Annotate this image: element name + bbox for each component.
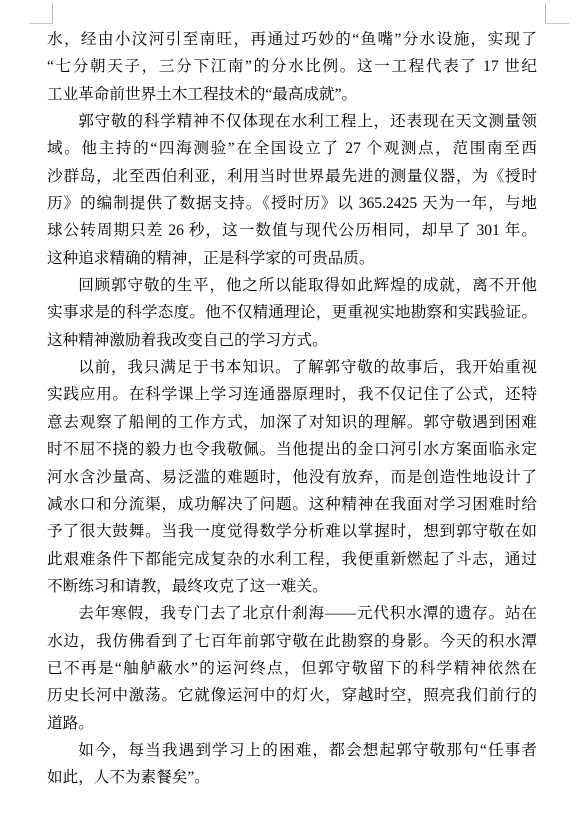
text-line: 意去观察了船闸的工作方式，加深了对知识的理解。郭守敬遇到困难 [47,409,537,436]
text-line: 实践应用。在科学课上学习连通器原理时，我不仅记住了公式，还特 [47,381,537,408]
text-line: 予了很大鼓舞。当我一度觉得数学分析难以掌握时，想到郭守敬在如 [47,518,537,545]
text-line: 去年寒假，我专门去了北京什刹海——元代积水潭的遗存。站在 [47,600,537,627]
text-line: 郭守敬的科学精神不仅体现在水利工程上，还表现在天文测量领 [47,108,537,135]
text-line: 历》的编制提供了数据支持。《授时历》以 365.2425 天为一年，与地 [47,190,537,217]
text-line: 水，经由小汶河引至南旺，再通过巧妙的“鱼嘴”分水设施，实现了 [47,26,537,53]
text-line: 减水口和分流渠，成功解决了问题。这种精神在我面对学习困难时给 [47,491,537,518]
text-line: 不断练习和请教，最终攻克了这一难关。 [47,573,537,600]
text-line: “七分朝天子，三分下江南”的分水比例。这一工程代表了 17 世纪 [47,53,537,80]
text-line: 如此，人不为素餐矣”。 [47,764,537,791]
text-line: 回顾郭守敬的生平，他之所以能取得如此辉煌的成就，离不开他 [47,272,537,299]
text-line: 工业革命前世界土木工程技术的“最高成就”。 [47,81,537,108]
document-body: 水，经由小汶河引至南旺，再通过巧妙的“鱼嘴”分水设施，实现了 “七分朝天子，三分… [47,26,537,792]
text-line: 这种精神激励着我改变自己的学习方式。 [47,327,537,354]
text-line: 已不再是“舳舻蔽水”的运河终点，但郭守敬留下的科学精神依然在 [47,655,537,682]
text-line: 此艰难条件下都能完成复杂的水利工程，我便重新燃起了斗志，通过 [47,546,537,573]
text-line: 如今，每当我遇到学习上的困难，都会想起郭守敬那句“任事者 [47,737,537,764]
text-boundary-mark-top-left [29,3,53,24]
text-boundary-mark-top-right [545,3,569,24]
text-line: 域。他主持的“四海测验”在全国设立了 27 个观测点，范围南至西 [47,135,537,162]
text-line: 沙群岛，北至西伯利亚，利用当时世界最先进的测量仪器，为《授时 [47,163,537,190]
text-line: 实事求是的科学态度。他不仅精通理论，更重视实地勘察和实践验证。 [47,299,537,326]
text-line: 历史长河中激荡。它就像运河中的灯火，穿越时空，照亮我们前行的 [47,682,537,709]
text-line: 河水含沙量高、易泛滥的难题时，他没有放弃，而是创造性地设计了 [47,464,537,491]
text-line: 时不屈不挠的毅力也令我敬佩。当他提出的金口河引水方案面临永定 [47,436,537,463]
text-line: 以前，我只满足于书本知识。了解郭守敬的故事后，我开始重视 [47,354,537,381]
text-line: 球公转周期只差 26 秒，这一数值与现代公历相同，却早了 301 年。 [47,217,537,244]
text-line: 水边，我仿佛看到了七百年前郭守敬在此勘察的身影。今天的积水潭 [47,628,537,655]
document-page: 水，经由小汶河引至南旺，再通过巧妙的“鱼嘴”分水设施，实现了 “七分朝天子，三分… [0,0,584,825]
text-line: 道路。 [47,710,537,737]
text-line: 这种追求精确的精神，正是科学家的可贵品质。 [47,245,537,272]
